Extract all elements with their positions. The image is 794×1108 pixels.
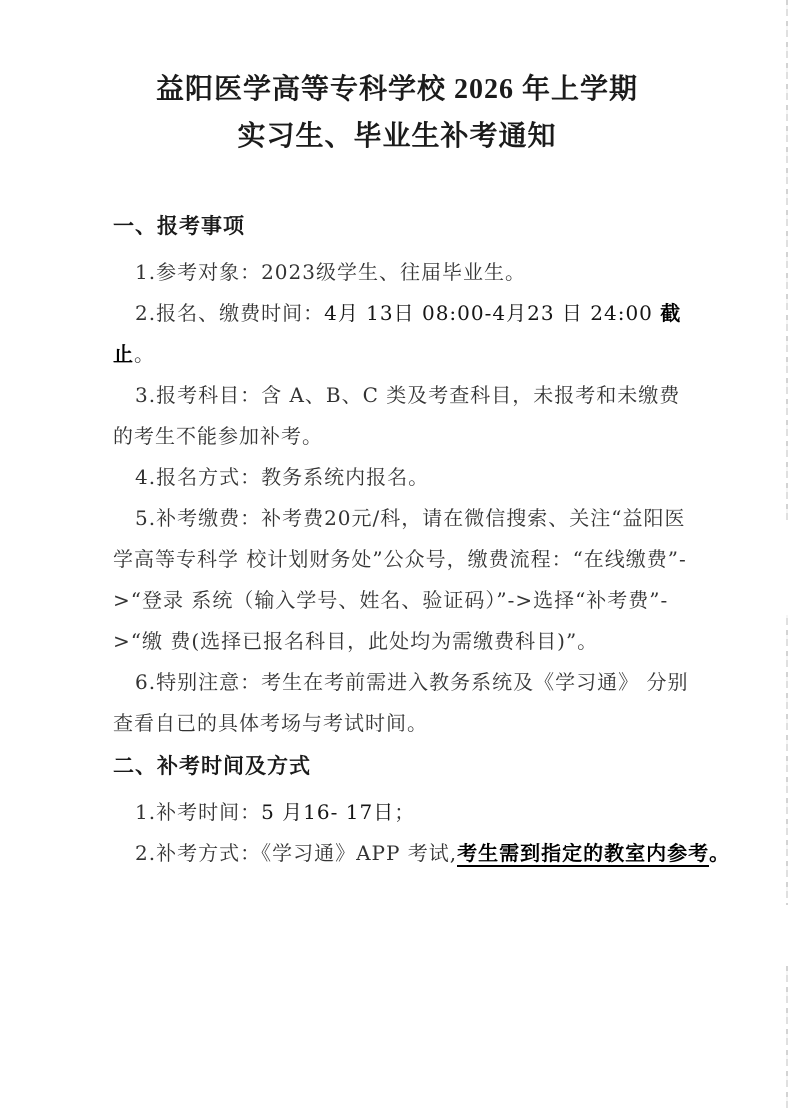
- paragraph-registration-time: 2.报名、缴费时间：4月 13日 08:00-4月23 日 24:00 截止。: [113, 293, 701, 375]
- text-run: 2.报名、缴费时间：: [135, 301, 324, 325]
- text-run: 1.参考对象：2023级学生、往届毕业生。: [135, 260, 526, 284]
- paragraph-exam-subjects: 3.报考科目：含 A、B、C 类及考查科目，未报考和未缴费的考生不能参加补考。: [113, 375, 701, 457]
- text-run: 4.报名方式：教务系统内报名。: [135, 465, 429, 489]
- paragraph-payment-instructions: 5.补考缴费：补考费20元/科，请在微信搜索、关注“益阳医学高等专科学 校计划财…: [113, 498, 701, 662]
- text-run: 。: [709, 841, 730, 865]
- text-run: 。: [134, 342, 155, 366]
- text-run: 3.报考科目：含 A、B、C 类及考查科目，未报考和未缴费的考生不能参加补考。: [113, 383, 680, 448]
- paragraph-makeup-exam-method: 2.补考方式：《学习通》APP 考试,考生需到指定的教室内参考。: [113, 833, 701, 874]
- section-1-heading: 一、报考事项: [113, 208, 701, 244]
- title-line-2: 实习生、毕业生补考通知: [0, 113, 794, 160]
- scan-artifact-gap: [782, 520, 794, 615]
- document-title: 益阳医学高等专科学校 2026 年上学期 实习生、毕业生补考通知: [0, 66, 794, 160]
- document-body: 一、报考事项 1.参考对象：2023级学生、往届毕业生。 2.报名、缴费时间：4…: [113, 208, 701, 874]
- paragraph-registration-method: 4.报名方式：教务系统内报名。: [113, 457, 701, 498]
- text-run: 考生需到指定的教室内参考: [457, 841, 709, 867]
- text-run: ；: [394, 800, 415, 824]
- scan-artifact-gap: [782, 905, 794, 965]
- text-run: 5 月16- 17日: [261, 800, 394, 824]
- paragraph-special-notice: 6.特别注意：考生在考前需进入教务系统及《学习通》 分别查看自已的具体考场与考试…: [113, 662, 701, 744]
- text-run: 4月 13日 08:00-4月23 日 24:00: [324, 301, 660, 325]
- text-run: 2.补考方式：《学习通》APP 考试,: [135, 841, 457, 865]
- text-run: 5.补考缴费：补考费20元/科，请在微信搜索、关注“益阳医学高等专科学 校计划财…: [113, 506, 687, 653]
- title-line-1: 益阳医学高等专科学校 2026 年上学期: [0, 66, 794, 113]
- section-2-heading: 二、补考时间及方式: [113, 748, 701, 784]
- paragraph-exam-candidates: 1.参考对象：2023级学生、往届毕业生。: [113, 252, 701, 293]
- document-page: 益阳医学高等专科学校 2026 年上学期 实习生、毕业生补考通知 一、报考事项 …: [0, 0, 794, 1108]
- text-run: 1.补考时间：: [135, 800, 261, 824]
- paragraph-makeup-exam-date: 1.补考时间：5 月16- 17日；: [113, 792, 701, 833]
- text-run: 6.特别注意：考生在考前需进入教务系统及《学习通》 分别查看自已的具体考场与考试…: [113, 670, 688, 735]
